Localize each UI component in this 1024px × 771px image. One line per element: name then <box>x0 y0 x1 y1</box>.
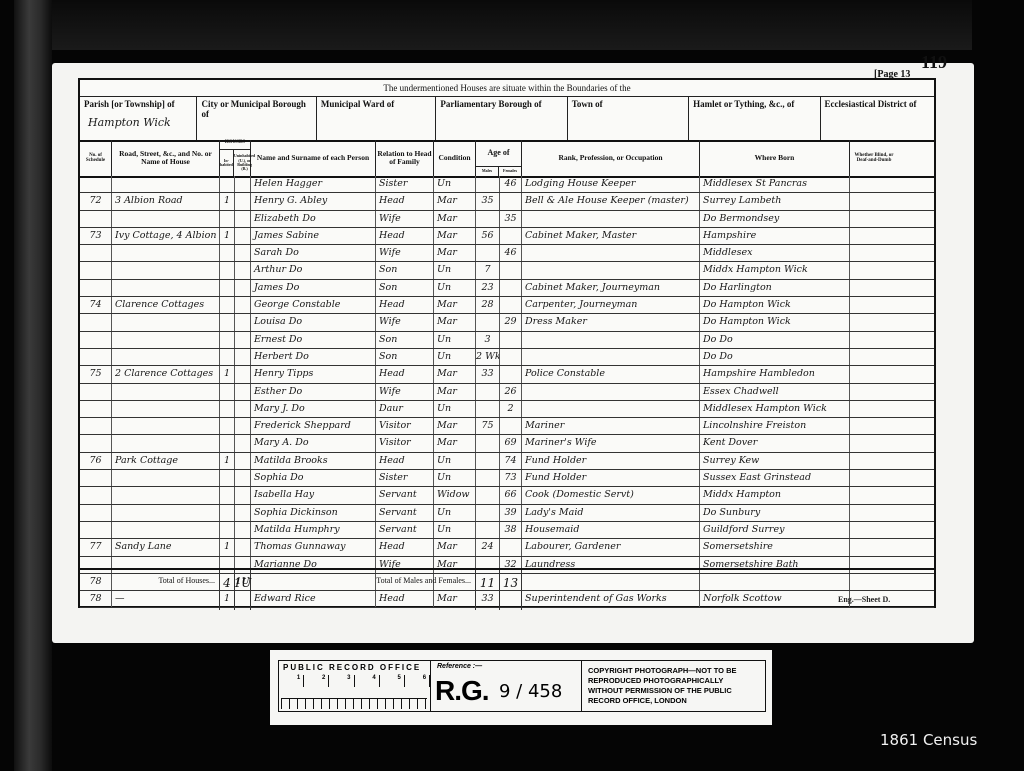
cell-female: 46 <box>500 176 522 192</box>
cell-male: 23 <box>476 280 500 296</box>
cell-male <box>476 176 500 192</box>
cell-un <box>235 211 251 227</box>
cell-condition: Un <box>434 349 476 365</box>
cell-schedule: 76 <box>80 453 112 469</box>
cell-relation: Son <box>376 332 434 348</box>
cell-male <box>476 245 500 261</box>
cell-occupation: Fund Holder <box>522 453 700 469</box>
cell-condition: Mar <box>434 228 476 244</box>
cell-inh: 1 <box>220 366 235 382</box>
census-form: The undermentioned Houses are situate wi… <box>78 78 936 608</box>
cell-un <box>235 349 251 365</box>
cell-occupation <box>522 211 700 227</box>
cell-name: Ernest Do <box>251 332 376 348</box>
reference-class: R.G. <box>435 675 489 707</box>
total-males: 11 <box>480 576 495 590</box>
cell-where-born: Do Do <box>700 349 850 365</box>
cell-occupation: Lady's Maid <box>522 505 700 521</box>
cell-schedule <box>80 280 112 296</box>
cell-blind <box>850 366 898 382</box>
cell-name: Thomas Gunnaway <box>251 539 376 555</box>
cell-relation: Visitor <box>376 418 434 434</box>
cell-name: Henry Tipps <box>251 366 376 382</box>
census-row: 723 Albion Road1Henry G. AbleyHeadMar35B… <box>80 193 934 210</box>
census-row: Sophia DickinsonServantUn39Lady's MaidDo… <box>80 505 934 522</box>
cell-relation: Son <box>376 349 434 365</box>
col-schedule: No. of Schedule <box>80 140 112 176</box>
cell-inh <box>220 522 235 538</box>
cell-blind <box>850 453 898 469</box>
cell-female <box>500 332 522 348</box>
cell-un <box>235 435 251 451</box>
cell-name: James Do <box>251 280 376 296</box>
cell-female <box>500 418 522 434</box>
cell-name: Henry G. Abley <box>251 193 376 209</box>
cell-condition: Un <box>434 505 476 521</box>
cell-relation: Head <box>376 228 434 244</box>
cell-road <box>112 435 220 451</box>
census-row: Esther DoWifeMar26Essex Chadwell <box>80 384 934 401</box>
reference-piece: 9 / 458 <box>499 681 562 702</box>
cell-where-born: Middlesex St Pancras <box>700 176 850 192</box>
cell-blind <box>850 418 898 434</box>
cell-road <box>112 280 220 296</box>
location-row: Parish [or Township] ofHampton WickCity … <box>80 96 934 142</box>
census-row: Matilda HumphryServantUn38HousemaidGuild… <box>80 522 934 539</box>
cell-female: 66 <box>500 487 522 503</box>
cell-un <box>235 453 251 469</box>
cell-relation: Servant <box>376 487 434 503</box>
cell-where-born: Kent Dover <box>700 435 850 451</box>
cell-road <box>112 332 220 348</box>
cell-male: 56 <box>476 228 500 244</box>
cell-inh <box>220 211 235 227</box>
census-row: 73Ivy Cottage, 4 Albion Road1James Sabin… <box>80 228 934 245</box>
cell-schedule <box>80 262 112 278</box>
cell-where-born: Do Harlington <box>700 280 850 296</box>
cell-un <box>235 314 251 330</box>
census-row: Arthur DoSonUn7Middx Hampton Wick <box>80 262 934 279</box>
cell-female: 46 <box>500 245 522 261</box>
cell-condition: Widow <box>434 487 476 503</box>
cell-occupation: Dress Maker <box>522 314 700 330</box>
cell-schedule <box>80 522 112 538</box>
cell-road: 3 Albion Road <box>112 193 220 209</box>
cell-name: George Constable <box>251 297 376 313</box>
cell-name: Louisa Do <box>251 314 376 330</box>
cell-inh <box>220 435 235 451</box>
cell-relation: Sister <box>376 470 434 486</box>
film-edge <box>14 0 52 771</box>
cell-inh <box>220 245 235 261</box>
cell-name: Mary J. Do <box>251 401 376 417</box>
col-blind: Whether Blind, or Deaf-and-Dumb <box>850 140 898 176</box>
cell-inh: 1 <box>220 193 235 209</box>
total-houses-label: Total of Houses... <box>80 570 220 610</box>
census-row: Mary A. DoVisitorMar69Mariner's WifeKent… <box>80 435 934 452</box>
cell-relation: Head <box>376 453 434 469</box>
cell-male <box>476 401 500 417</box>
cell-name: Herbert Do <box>251 349 376 365</box>
cell-road: Clarence Cottages <box>112 297 220 313</box>
cell-female: 2 <box>500 401 522 417</box>
col-name: Name and Surname of each Person <box>251 140 376 176</box>
cell-male <box>476 470 500 486</box>
cell-inh <box>220 314 235 330</box>
cell-condition: Un <box>434 401 476 417</box>
cell-relation: Sister <box>376 176 434 192</box>
copyright-notice: COPYRIGHT PHOTOGRAPH—NOT TO BE REPRODUCE… <box>582 661 765 711</box>
cell-name: Elizabeth Do <box>251 211 376 227</box>
census-row: Louisa DoWifeMar29Dress MakerDo Hampton … <box>80 314 934 331</box>
cell-road <box>112 505 220 521</box>
cell-condition: Mar <box>434 435 476 451</box>
cell-blind <box>850 297 898 313</box>
cell-relation: Visitor <box>376 435 434 451</box>
cell-occupation <box>522 245 700 261</box>
cell-occupation: Cabinet Maker, Master <box>522 228 700 244</box>
cell-relation: Head <box>376 366 434 382</box>
cell-inh <box>220 176 235 192</box>
cell-male <box>476 453 500 469</box>
census-row: Ernest DoSonUn3Do Do <box>80 332 934 349</box>
cell-inh <box>220 505 235 521</box>
cell-name: Sophia Do <box>251 470 376 486</box>
cell-schedule: 73 <box>80 228 112 244</box>
cell-where-born: Middlesex <box>700 245 850 261</box>
cell-where-born: Surrey Kew <box>700 453 850 469</box>
cell-male <box>476 522 500 538</box>
cell-blind <box>850 505 898 521</box>
cell-occupation: Lodging House Keeper <box>522 176 700 192</box>
cell-name: Arthur Do <box>251 262 376 278</box>
cell-condition: Un <box>434 453 476 469</box>
cell-name: James Sabine <box>251 228 376 244</box>
census-row: Sophia DoSisterUn73Fund HolderSussex Eas… <box>80 470 934 487</box>
col-age: Age of MalesFemales <box>476 140 522 176</box>
cell-relation: Wife <box>376 314 434 330</box>
cell-schedule: 74 <box>80 297 112 313</box>
cell-un <box>235 228 251 244</box>
cell-schedule: 77 <box>80 539 112 555</box>
census-row: 752 Clarence Cottages1Henry TippsHeadMar… <box>80 366 934 383</box>
cell-relation: Head <box>376 297 434 313</box>
cell-blind <box>850 349 898 365</box>
cell-inh <box>220 401 235 417</box>
cell-relation: Servant <box>376 505 434 521</box>
cell-condition: Un <box>434 280 476 296</box>
cell-where-born: Hampshire Hambledon <box>700 366 850 382</box>
cell-male: 33 <box>476 366 500 382</box>
cell-where-born: Do Sunbury <box>700 505 850 521</box>
cell-where-born: Hampshire <box>700 228 850 244</box>
cell-female: 35 <box>500 211 522 227</box>
cell-schedule <box>80 418 112 434</box>
cell-condition: Un <box>434 262 476 278</box>
cell-male <box>476 505 500 521</box>
cell-blind <box>850 384 898 400</box>
cell-female <box>500 228 522 244</box>
cell-occupation: Cabinet Maker, Journeyman <box>522 280 700 296</box>
cell-un <box>235 539 251 555</box>
cell-blind <box>850 401 898 417</box>
cell-un <box>235 505 251 521</box>
cell-condition: Mar <box>434 193 476 209</box>
cell-name: Frederick Sheppard <box>251 418 376 434</box>
cell-blind <box>850 176 898 192</box>
cell-relation: Wife <box>376 245 434 261</box>
cell-where-born: Surrey Lambeth <box>700 193 850 209</box>
cell-female <box>500 539 522 555</box>
cell-male: 7 <box>476 262 500 278</box>
cell-inh <box>220 487 235 503</box>
cell-condition: Un <box>434 332 476 348</box>
census-row: Helen HaggerSisterUn46Lodging House Keep… <box>80 176 934 193</box>
cell-male <box>476 487 500 503</box>
cell-schedule: 72 <box>80 193 112 209</box>
cell-male <box>476 384 500 400</box>
cell-inh: 1 <box>220 453 235 469</box>
cell-inh <box>220 297 235 313</box>
location-field: Town of <box>568 96 689 140</box>
cell-female: 38 <box>500 522 522 538</box>
cell-blind <box>850 332 898 348</box>
census-row: 76Park Cottage1Matilda BrooksHeadUn74Fun… <box>80 453 934 470</box>
cell-inh: 1 <box>220 228 235 244</box>
cell-occupation <box>522 349 700 365</box>
cell-where-born: Sussex East Grinstead <box>700 470 850 486</box>
cell-female: 69 <box>500 435 522 451</box>
total-persons-label: Total of Males and Females... <box>251 570 476 610</box>
cell-un <box>235 262 251 278</box>
cell-schedule <box>80 332 112 348</box>
cell-blind <box>850 470 898 486</box>
cell-occupation: Mariner's Wife <box>522 435 700 451</box>
total-females: 13 <box>503 576 518 590</box>
cell-female: 29 <box>500 314 522 330</box>
cell-inh <box>220 280 235 296</box>
scale-ruler: PUBLIC RECORD OFFICE 123456 <box>279 661 431 711</box>
cell-male: 3 <box>476 332 500 348</box>
cell-schedule <box>80 211 112 227</box>
cell-where-born: Essex Chadwell <box>700 384 850 400</box>
cell-where-born: Lincolnshire Freiston <box>700 418 850 434</box>
location-field: Ecclesiastical District of <box>821 96 934 140</box>
cell-blind <box>850 522 898 538</box>
film-top-border <box>52 0 972 50</box>
cell-un <box>235 522 251 538</box>
cell-occupation: Carpenter, Journeyman <box>522 297 700 313</box>
cell-condition: Mar <box>434 539 476 555</box>
cell-schedule <box>80 314 112 330</box>
folio-number: 119 <box>921 52 947 73</box>
cell-where-born: Somersetshire <box>700 539 850 555</box>
cell-where-born: Middx Hampton <box>700 487 850 503</box>
cell-occupation: Mariner <box>522 418 700 434</box>
cell-condition: Mar <box>434 418 476 434</box>
cell-blind <box>850 193 898 209</box>
cell-male: 75 <box>476 418 500 434</box>
total-uninhabited: 1U <box>234 576 252 590</box>
cell-condition: Mar <box>434 245 476 261</box>
cell-road <box>112 401 220 417</box>
cell-un <box>235 280 251 296</box>
boundary-banner: The undermentioned Houses are situate wi… <box>80 80 934 97</box>
location-field: Hamlet or Tything, &c., of <box>689 96 820 140</box>
cell-occupation: Fund Holder <box>522 470 700 486</box>
cell-where-born: Guildford Surrey <box>700 522 850 538</box>
cell-name: Sarah Do <box>251 245 376 261</box>
cell-blind <box>850 262 898 278</box>
cell-name: Mary A. Do <box>251 435 376 451</box>
cell-blind <box>850 314 898 330</box>
cell-inh <box>220 262 235 278</box>
cell-road: Sandy Lane <box>112 539 220 555</box>
cell-road <box>112 349 220 365</box>
cell-inh <box>220 332 235 348</box>
cell-occupation <box>522 262 700 278</box>
cell-where-born: Do Do <box>700 332 850 348</box>
cell-occupation: Housemaid <box>522 522 700 538</box>
cell-un <box>235 297 251 313</box>
cell-road <box>112 384 220 400</box>
cell-un <box>235 470 251 486</box>
census-row: James DoSonUn23Cabinet Maker, Journeyman… <box>80 280 934 297</box>
cell-name: Isabella Hay <box>251 487 376 503</box>
cell-un <box>235 332 251 348</box>
cell-condition: Mar <box>434 366 476 382</box>
cell-un <box>235 245 251 261</box>
col-where-born: Where Born <box>700 140 850 176</box>
cell-road <box>112 470 220 486</box>
cell-condition: Un <box>434 470 476 486</box>
cell-relation: Servant <box>376 522 434 538</box>
census-row: Frederick SheppardVisitorMar75MarinerLin… <box>80 418 934 435</box>
col-road: Road, Street, &c., and No. or Name of Ho… <box>112 140 220 176</box>
cell-condition: Mar <box>434 384 476 400</box>
census-rows: Helen HaggerSisterUn46Lodging House Keep… <box>80 176 934 608</box>
cell-male: 2 Wks <box>476 349 500 365</box>
cell-schedule <box>80 384 112 400</box>
cell-road <box>112 487 220 503</box>
cell-road <box>112 245 220 261</box>
cell-relation: Head <box>376 193 434 209</box>
cell-name: Matilda Humphry <box>251 522 376 538</box>
cell-un <box>235 401 251 417</box>
cell-female <box>500 280 522 296</box>
cell-blind <box>850 435 898 451</box>
cell-un <box>235 384 251 400</box>
census-row: Isabella HayServantWidow66Cook (Domestic… <box>80 487 934 504</box>
cell-un <box>235 366 251 382</box>
total-inhabited: 4 <box>223 576 231 590</box>
cell-relation: Head <box>376 539 434 555</box>
cell-female: 73 <box>500 470 522 486</box>
cell-road: Park Cottage <box>112 453 220 469</box>
cell-occupation: Cook (Domestic Servt) <box>522 487 700 503</box>
cell-where-born: Do Hampton Wick <box>700 314 850 330</box>
cell-name: Esther Do <box>251 384 376 400</box>
cell-relation: Daur <box>376 401 434 417</box>
col-condition: Condition <box>434 140 476 176</box>
cell-relation: Son <box>376 262 434 278</box>
cell-occupation: Labourer, Gardener <box>522 539 700 555</box>
cell-occupation <box>522 384 700 400</box>
cell-name: Helen Hagger <box>251 176 376 192</box>
col-relation: Relation to Head of Family <box>376 140 434 176</box>
cell-un <box>235 418 251 434</box>
cell-male <box>476 314 500 330</box>
cell-schedule <box>80 401 112 417</box>
cell-condition: Un <box>434 522 476 538</box>
cell-blind <box>850 280 898 296</box>
location-field: City or Municipal Borough of <box>197 96 316 140</box>
cell-female <box>500 297 522 313</box>
public-record-office-label: PUBLIC RECORD OFFICE 123456 Reference :—… <box>270 650 772 725</box>
cell-female <box>500 366 522 382</box>
cell-female: 74 <box>500 453 522 469</box>
cell-name: Sophia Dickinson <box>251 505 376 521</box>
location-field: Municipal Ward of <box>317 96 436 140</box>
cell-road <box>112 211 220 227</box>
image-caption: 1861 Census <box>880 731 977 749</box>
cell-un <box>235 176 251 192</box>
cell-relation: Son <box>376 280 434 296</box>
cell-blind <box>850 211 898 227</box>
cell-inh <box>220 384 235 400</box>
cell-schedule <box>80 245 112 261</box>
census-row: Mary J. DoDaurUn2Middlesex Hampton Wick <box>80 401 934 418</box>
location-field: Parliamentary Borough of <box>436 96 567 140</box>
census-row: 77Sandy Lane1Thomas GunnawayHeadMar24Lab… <box>80 539 934 556</box>
cell-male <box>476 435 500 451</box>
cell-name: Matilda Brooks <box>251 453 376 469</box>
census-row: Herbert DoSonUn2 WksDo Do <box>80 349 934 366</box>
cell-occupation <box>522 332 700 348</box>
cell-relation: Wife <box>376 384 434 400</box>
cell-where-born: Middx Hampton Wick <box>700 262 850 278</box>
cell-inh <box>220 470 235 486</box>
cell-schedule: 75 <box>80 366 112 382</box>
cell-female: 26 <box>500 384 522 400</box>
census-row: 74Clarence CottagesGeorge ConstableHeadM… <box>80 297 934 314</box>
cell-road <box>112 314 220 330</box>
col-houses: HOUSES In-habitedUninhabited (U.), or Bu… <box>220 140 251 176</box>
cell-un <box>235 193 251 209</box>
cell-relation: Wife <box>376 211 434 227</box>
cell-blind <box>850 245 898 261</box>
cell-male <box>476 211 500 227</box>
reference-box: Reference :— R.G. 9 / 458 <box>431 661 582 711</box>
cell-road <box>112 522 220 538</box>
cell-schedule <box>80 505 112 521</box>
sheet-label: Eng.—Sheet D. <box>838 595 890 604</box>
cell-un <box>235 487 251 503</box>
cell-road <box>112 176 220 192</box>
cell-condition: Mar <box>434 297 476 313</box>
cell-blind <box>850 228 898 244</box>
cell-condition: Un <box>434 176 476 192</box>
cell-schedule <box>80 435 112 451</box>
cell-road: 2 Clarence Cottages <box>112 366 220 382</box>
cell-condition: Mar <box>434 211 476 227</box>
cell-male: 24 <box>476 539 500 555</box>
census-row: Sarah DoWifeMar46Middlesex <box>80 245 934 262</box>
location-field: Parish [or Township] ofHampton Wick <box>80 96 197 140</box>
totals-row: Total of Houses... 4 1U Total of Males a… <box>80 568 934 610</box>
census-row: Elizabeth DoWifeMar35Do Bermondsey <box>80 211 934 228</box>
cell-inh: 1 <box>220 539 235 555</box>
